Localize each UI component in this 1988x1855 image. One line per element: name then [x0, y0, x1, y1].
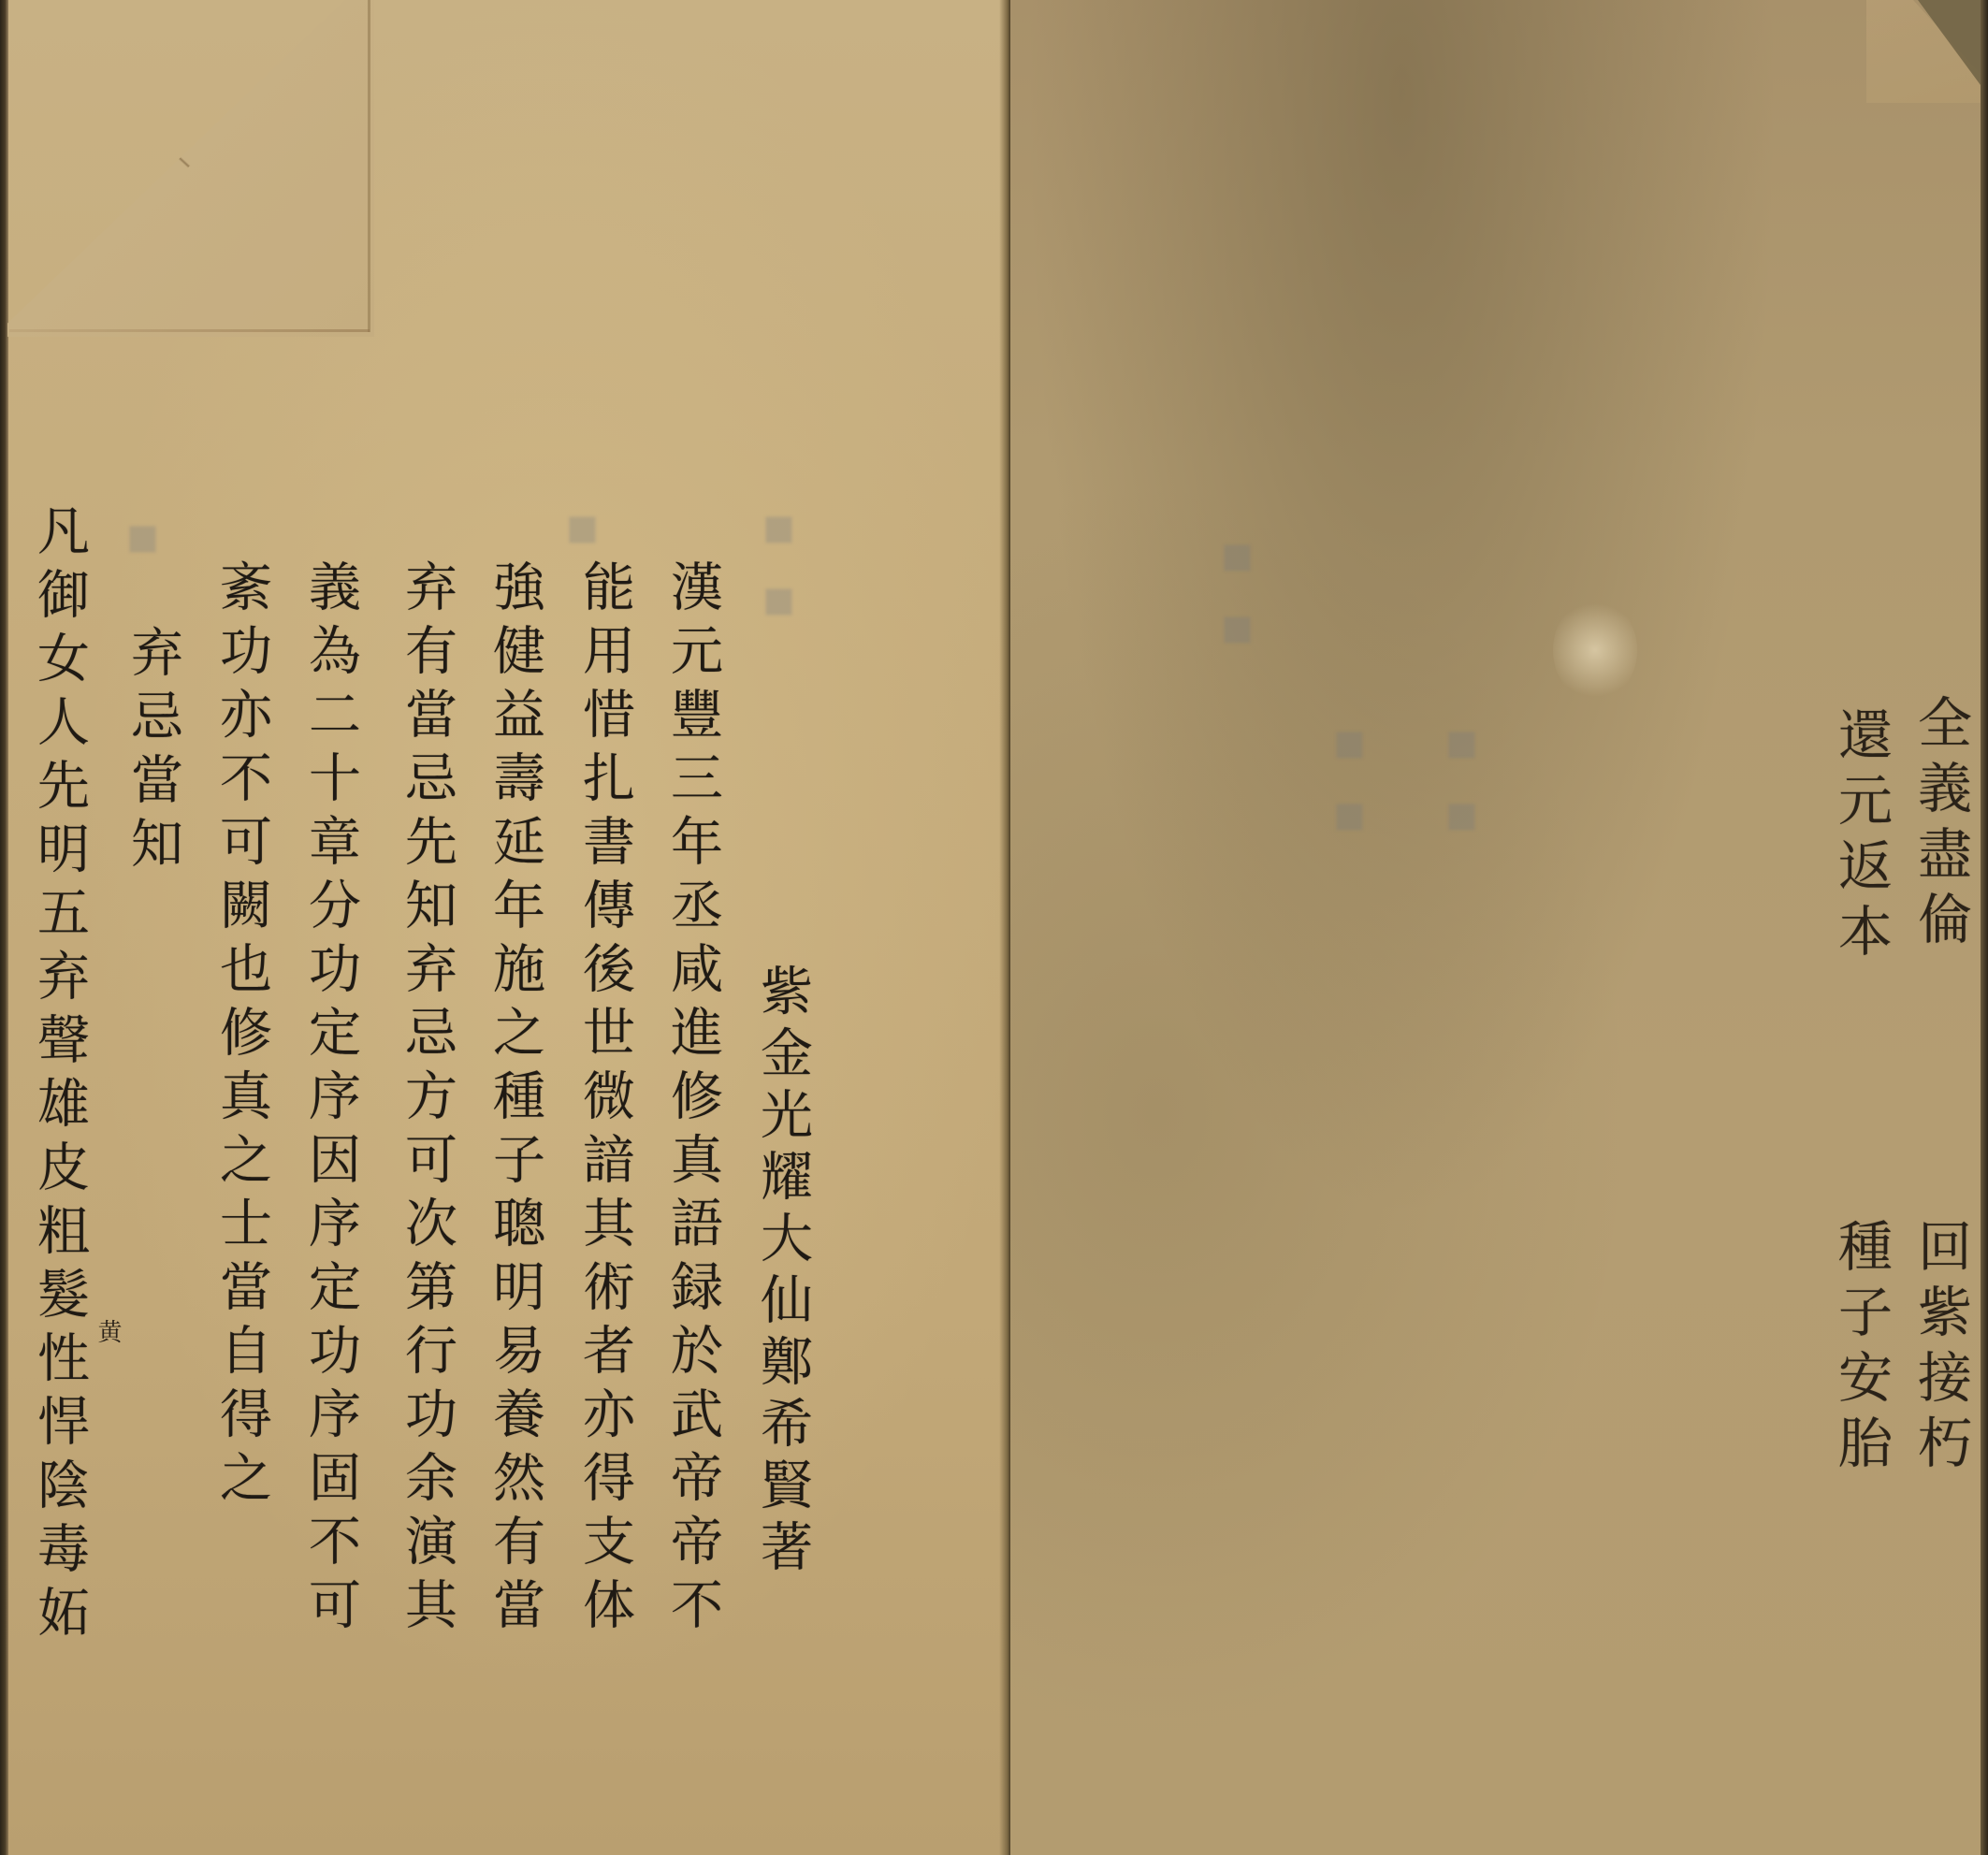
left-page: ▪▪ ▪ ▪ 紫金光耀大仙鄭希賢著 漢元豐三年丞咸進修真語録於武帝帝不 能用惜扎…: [0, 0, 1009, 1855]
text-column: 強健益壽延年施之種子聰明易養然有當: [488, 559, 541, 1641]
binding-edge: [0, 0, 8, 1855]
text-column: 紊功亦不可闕也修真之士當自得之: [215, 559, 268, 1514]
page-edge-right: [1981, 0, 1988, 1855]
fold-crease-horizontal: [9, 329, 370, 332]
right-title-column: 還元返本: [1834, 706, 1888, 968]
show-through-marks: ▪▪: [1207, 524, 1268, 668]
marginal-note: 黄: [91, 1319, 125, 1343]
text-column: 漢元豐三年丞咸進修真語録於武帝帝不: [666, 559, 718, 1641]
right-title-column: 種子安胎: [1834, 1218, 1888, 1480]
show-through-marks: ▪▪: [1319, 711, 1380, 855]
book-spread: ▪▪ ▪ ▪ 紫金光耀大仙鄭希賢著 漢元豐三年丞咸進修真語録於武帝帝不 能用惜扎…: [0, 0, 1988, 1855]
show-through-marks: ▪: [112, 505, 173, 577]
text-column: 義為二十章分功定序因序定功序固不可: [304, 559, 356, 1641]
paper-stain: [1553, 599, 1637, 702]
text-column: 弃有當忌先知弃忌方可次第行功余演其: [400, 559, 453, 1641]
show-through-marks: ▪▪: [748, 496, 809, 640]
show-through-marks: ▪▪: [1431, 711, 1492, 855]
fold-crease-vertical: [368, 0, 370, 332]
section-heading: 弃忌當知: [126, 625, 179, 879]
right-title-column: 全義盡倫: [1913, 694, 1967, 956]
show-through-marks: ▪: [552, 496, 613, 568]
author-line: 紫金光耀大仙鄭希賢著: [756, 964, 808, 1581]
section-body-column: 凡御女人先明五弃聲雄皮粗髮性悍陰毒妬: [33, 503, 85, 1648]
text-column: 能用惜扎書傳後世微諳其術者亦得支体: [578, 559, 631, 1641]
right-title-column: 回紫接朽: [1913, 1218, 1967, 1480]
